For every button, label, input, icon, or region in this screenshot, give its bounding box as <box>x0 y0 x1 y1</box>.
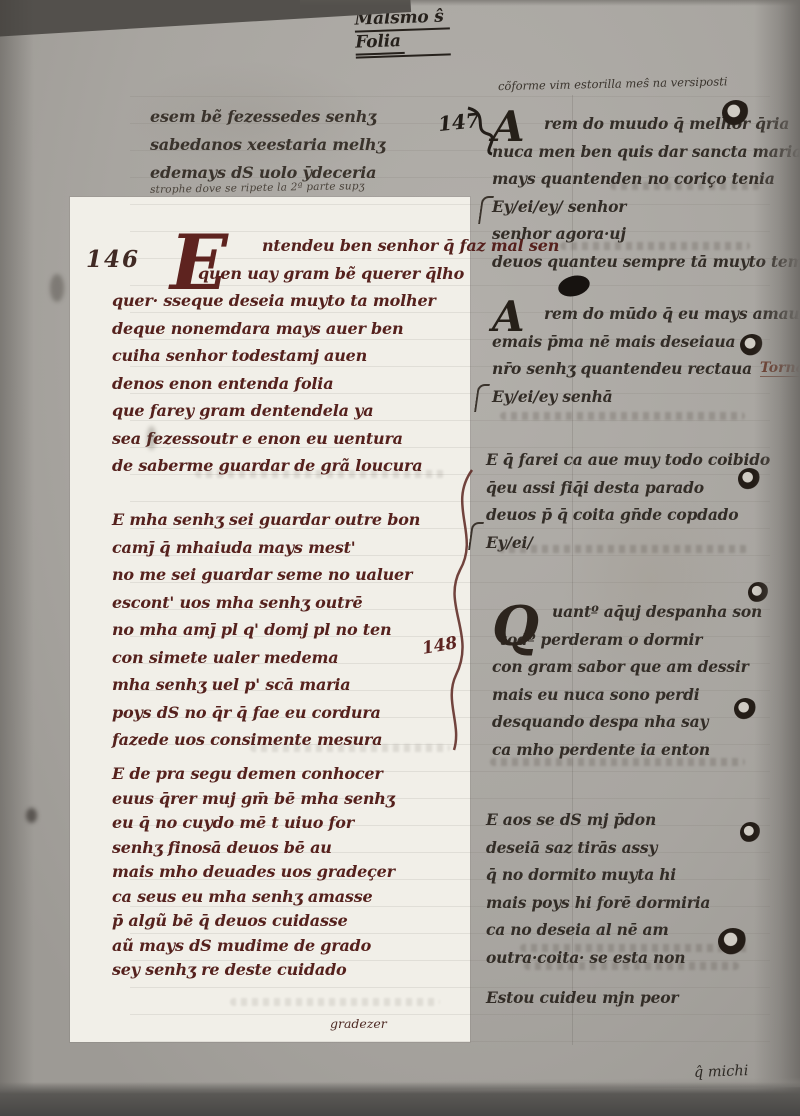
left-column-intro: esem bẽ fezessedes senhʒsabedanos xeesta… <box>150 103 385 187</box>
page-edge-top <box>300 0 800 6</box>
stanza-lines: ntendeu ben senhor q̄ faz mal senquen ua… <box>112 232 462 480</box>
manuscript-line: senhor agora·uj <box>492 220 772 248</box>
stanza-left-2: E mha senhʒ sei guardar outre boncamj̄ q… <box>112 506 462 754</box>
bottom-right-annotation: q̂ michi <box>694 1063 749 1081</box>
manuscript-line: quer· sseque deseia muyto ta molher <box>112 287 462 315</box>
manuscript-line: E q̄ farei ca aue muy todo coibido <box>486 446 766 474</box>
manuscript-line: mays quantenden no coriço tenia <box>492 165 772 193</box>
manuscript-line: no mha amj̄ pl q' domj pl no ten <box>112 616 462 644</box>
manuscript-line: ntendeu ben senhor q̄ faz mal sen <box>262 232 462 260</box>
manuscript-line: aũ mays dS mudime de grado <box>112 934 462 959</box>
manuscript-line: Estou cuideu mjn peor <box>486 984 766 1012</box>
manuscript-line: camj̄ q̄ mhaiuda mays mest' <box>112 534 462 562</box>
manuscript-line: nuca men ben quis dar sancta maria <box>492 138 772 166</box>
catchword: gradezer <box>330 1016 387 1031</box>
smudge-mark <box>50 274 64 302</box>
manuscript-line: E aos se dS mj p̄don <box>486 806 766 834</box>
worm-hole <box>722 100 750 126</box>
illuminated-initial-a: A <box>492 292 524 341</box>
manuscript-line: q̄ no dormito muyta hi <box>486 861 766 889</box>
manuscript-line: emais p̄ma nē mais deseiaua <box>492 328 772 356</box>
worm-hole <box>748 582 769 603</box>
stanza-left-3: E de pra segu demen conhocereuus q̄rer m… <box>112 762 462 983</box>
manuscript-line: uantº aq̄uj despanha son <box>552 598 772 626</box>
worm-hole <box>718 928 748 955</box>
manuscript-line: deseiā saz tirās assy <box>486 834 766 862</box>
manuscript-line: Ey/ei/ <box>486 529 766 557</box>
bleedthrough-mark <box>500 412 745 420</box>
manuscript-line: deuos p̄ q̄ coita gn̄de copdado <box>486 501 766 529</box>
manuscript-line: E de pra segu demen conhocer <box>112 762 462 787</box>
manuscript-line: esem bẽ fezessedes senhʒ <box>150 103 385 131</box>
manuscript-scan: Malsmo ŝ Folia cõforme vim estorilla meŝ… <box>0 0 800 1116</box>
stanza-right-1: A rem do muudo q̄ melhor q̄rianuca men b… <box>492 110 772 275</box>
stanza-lines: rem do muudo q̄ melhor q̄rianuca men ben… <box>492 110 772 275</box>
manuscript-line: rem do mūdo q̄ eu mays amaua <box>544 300 772 328</box>
top-title-annotation: Malsmo ŝ Folia <box>354 6 451 58</box>
manuscript-line: todº perderam o dormir <box>500 626 772 654</box>
manuscript-line: deque nonemdara mays auer ben <box>112 315 462 343</box>
stanza-lines: Estou cuideu mjn peor <box>486 984 766 1012</box>
stanza-right-3: E q̄ farei ca aue muy todo coibidoq̄eu a… <box>486 446 766 556</box>
manuscript-line: sea fezessoutr e enon eu uentura <box>112 425 462 453</box>
page-edge-top-left <box>0 0 411 40</box>
top-right-annotation: cõforme vim estorilla meŝ na versiposti <box>498 73 798 93</box>
torna-marginal-note: Torna <box>760 360 800 377</box>
stanza-lines: E mha senhʒ sei guardar outre boncamj̄ q… <box>112 506 462 754</box>
manuscript-line: desquando despa nha say <box>492 708 772 736</box>
manuscript-line: ca mho perdente ia enton <box>492 736 772 764</box>
smudge-mark <box>147 426 156 450</box>
manuscript-line: sabedanos xeestaria melhʒ <box>150 131 385 159</box>
worm-hole <box>738 468 761 490</box>
worm-hole <box>734 698 757 720</box>
manuscript-line: mais poys hi forē dormiria <box>486 889 766 917</box>
manuscript-line: euus q̄rer muj gm̄ bē mha senhʒ <box>112 787 462 812</box>
title-line-1: Malsmo ŝ <box>354 6 450 32</box>
manuscript-line: q̄eu assi fiq̄i desta parado <box>486 474 766 502</box>
manuscript-line: de saberme guardar de grã loucura <box>112 452 462 480</box>
manuscript-line: fazede uos consimente mesura <box>112 726 462 754</box>
manuscript-line: Ey/ei/ey/ senhor <box>492 193 772 221</box>
page-edge-bottom <box>0 1077 800 1093</box>
manuscript-line: no me sei guardar seme no ualuer <box>112 561 462 589</box>
paraph-flourish <box>462 104 498 156</box>
worm-hole <box>740 822 761 843</box>
manuscript-line: con simete ualer medema <box>112 644 462 672</box>
worm-hole <box>740 334 764 356</box>
manuscript-line: que farey gram dentendela ya <box>112 397 462 425</box>
manuscript-line: nr̄o senhʒ quantendeu rectaua <box>492 355 772 383</box>
stanza-lines: rem do mūdo q̄ eu mays amauaemais p̄ma n… <box>492 300 772 410</box>
manuscript-line: p̄ algũ bē q̄ deuos cuidasse <box>112 909 462 934</box>
manuscript-line: sey senhʒ re deste cuidado <box>112 958 462 983</box>
stanza-lines: E de pra segu demen conhocereuus q̄rer m… <box>112 762 462 983</box>
scan-background-bottom <box>0 1082 800 1116</box>
stanza-right-2: A rem do mūdo q̄ eu mays amauaemais p̄ma… <box>492 300 772 410</box>
manuscript-line: poys dS no q̄r q̄ fae eu cordura <box>112 699 462 727</box>
manuscript-line: deuos quanteu sempre tā muyto temj <box>492 248 772 276</box>
manuscript-line: cuiha senhor todestamj auen <box>112 342 462 370</box>
manuscript-line: E mha senhʒ sei guardar outre bon <box>112 506 462 534</box>
illuminated-initial-q: Q <box>492 594 539 658</box>
manuscript-line: quen uay gram bẽ querer q̄lho <box>198 260 462 288</box>
page-edge-left <box>0 0 34 1116</box>
stanza-right-4: Q uantº aq̄uj despanha sontodº perderam … <box>492 598 772 763</box>
manuscript-line: mais mho deuades uos gradeçer <box>112 860 462 885</box>
manuscript-line: ca seus eu mha senhʒ amasse <box>112 885 462 910</box>
red-flourish <box>432 465 487 755</box>
manuscript-line: senhʒ finosā deuos bē au <box>112 836 462 861</box>
manuscript-line: eu q̄ no cuydo mē t uiuo for <box>112 811 462 836</box>
bleedthrough-mark <box>230 998 440 1006</box>
manuscript-line: escont' uos mha senhʒ outrē <box>112 589 462 617</box>
stanza-right-6: Estou cuideu mjn peor <box>486 984 766 1012</box>
stanza-left-1: E ntendeu ben senhor q̄ faz mal senquen … <box>112 232 462 480</box>
manuscript-line: denos enon entenda folia <box>112 370 462 398</box>
smudge-mark <box>26 808 37 823</box>
manuscript-line: mais eu nuca sono perdi <box>492 681 772 709</box>
illuminated-initial-e: E <box>170 218 228 307</box>
stanza-lines: E q̄ farei ca aue muy todo coibidoq̄eu a… <box>486 446 766 556</box>
manuscript-line: mha senhʒ uel p' scā maria <box>112 671 462 699</box>
title-line-2: Folia <box>355 31 405 56</box>
manuscript-line: Ey/ei/ey senhā <box>492 383 772 411</box>
